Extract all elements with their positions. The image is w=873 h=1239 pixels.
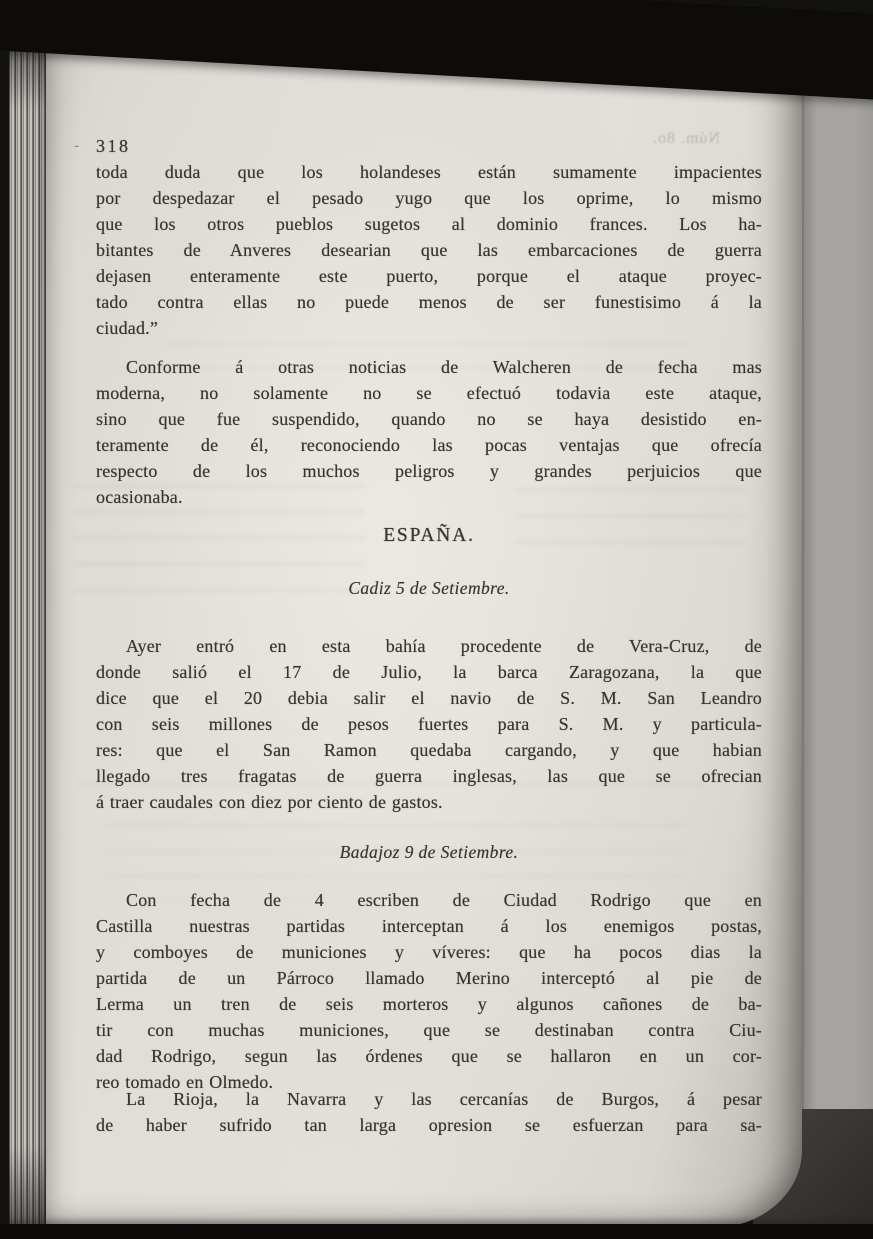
section-heading-espana: ESPAÑA. bbox=[96, 523, 762, 549]
text-line: ocasionaba. bbox=[96, 484, 762, 510]
paragraph: Con fecha de 4 escriben de Ciudad Rodrig… bbox=[96, 887, 762, 1095]
page-number: 318 bbox=[96, 136, 131, 156]
facing-page-edge bbox=[795, 55, 873, 1165]
book-spine-page-edges bbox=[9, 38, 51, 1230]
dateline-badajoz: Badajoz 9 de Setiembre. bbox=[96, 839, 762, 865]
text-line: La Rioja, la Navarra y las cercanías de … bbox=[96, 1086, 762, 1112]
text-line: teramente de él, reconociendo las pocas … bbox=[96, 432, 762, 458]
text-line: que los otros pueblos sugetos al dominio… bbox=[96, 211, 762, 237]
text-line: tado contra ellas no puede menos de ser … bbox=[96, 289, 762, 315]
text-column: - 318 toda duda que los holandeses están… bbox=[46, 36, 802, 1228]
text-line: tir con muchas municiones, que se destin… bbox=[96, 1017, 762, 1043]
text-line: con seis millones de pesos fuertes para … bbox=[96, 711, 762, 737]
text-line: dad Rodrigo, segun las órdenes que se ha… bbox=[96, 1043, 762, 1069]
scanned-book-page: Núm. 8o. - 318 toda duda que los holande… bbox=[0, 0, 873, 1239]
text-line: respecto de los muchos peligros y grande… bbox=[96, 458, 762, 484]
text-line: llegado tres fragatas de guerra inglesas… bbox=[96, 763, 762, 789]
text-line: dice que el 20 debia salir el navio de S… bbox=[96, 685, 762, 711]
text-line: de haber sufrido tan larga opresion se e… bbox=[96, 1112, 762, 1138]
text-line: partida de un Párroco llamado Merino int… bbox=[96, 965, 762, 991]
text-line: Conforme á otras noticias de Walcheren d… bbox=[96, 354, 762, 380]
text-line: Con fecha de 4 escriben de Ciudad Rodrig… bbox=[96, 887, 762, 913]
text-line: Castilla nuestras partidas interceptan á… bbox=[96, 913, 762, 939]
paragraph: Conforme á otras noticias de Walcheren d… bbox=[96, 354, 762, 510]
text-line: Lerma un tren de seis morteros y algunos… bbox=[96, 991, 762, 1017]
paragraph: Ayer entró en esta bahía procedente de V… bbox=[96, 633, 762, 815]
text-line: á traer caudales con diez por ciento de … bbox=[96, 789, 762, 815]
text-line: dejasen enteramente este puerto, porque … bbox=[96, 263, 762, 289]
paper-sheet: Núm. 8o. - 318 toda duda que los holande… bbox=[46, 36, 802, 1228]
paragraph: toda duda que los holandeses están sumam… bbox=[96, 159, 762, 341]
text-line: donde salió el 17 de Julio, la barca Zar… bbox=[96, 659, 762, 685]
text-line: moderna, no solamente no se efectuó toda… bbox=[96, 380, 762, 406]
scanner-bed-bottom bbox=[0, 1224, 873, 1239]
paragraph: La Rioja, la Navarra y las cercanías de … bbox=[96, 1086, 762, 1138]
text-line: bitantes de Anveres desearian que las em… bbox=[96, 237, 762, 263]
text-line: res: que el San Ramon quedaba cargando, … bbox=[96, 737, 762, 763]
text-line: por despedazar el pesado yugo que los op… bbox=[96, 185, 762, 211]
text-line: sino que fue suspendido, quando no se ha… bbox=[96, 406, 762, 432]
page-header: - 318 bbox=[96, 133, 762, 159]
text-line: ciudad.” bbox=[96, 315, 762, 341]
text-line: toda duda que los holandeses están sumam… bbox=[96, 159, 762, 185]
dateline-cadiz: Cadiz 5 de Setiembre. bbox=[96, 575, 762, 601]
margin-mark: - bbox=[74, 133, 79, 159]
text-line: Ayer entró en esta bahía procedente de V… bbox=[96, 633, 762, 659]
text-line: y comboyes de municiones y víveres: que … bbox=[96, 939, 762, 965]
